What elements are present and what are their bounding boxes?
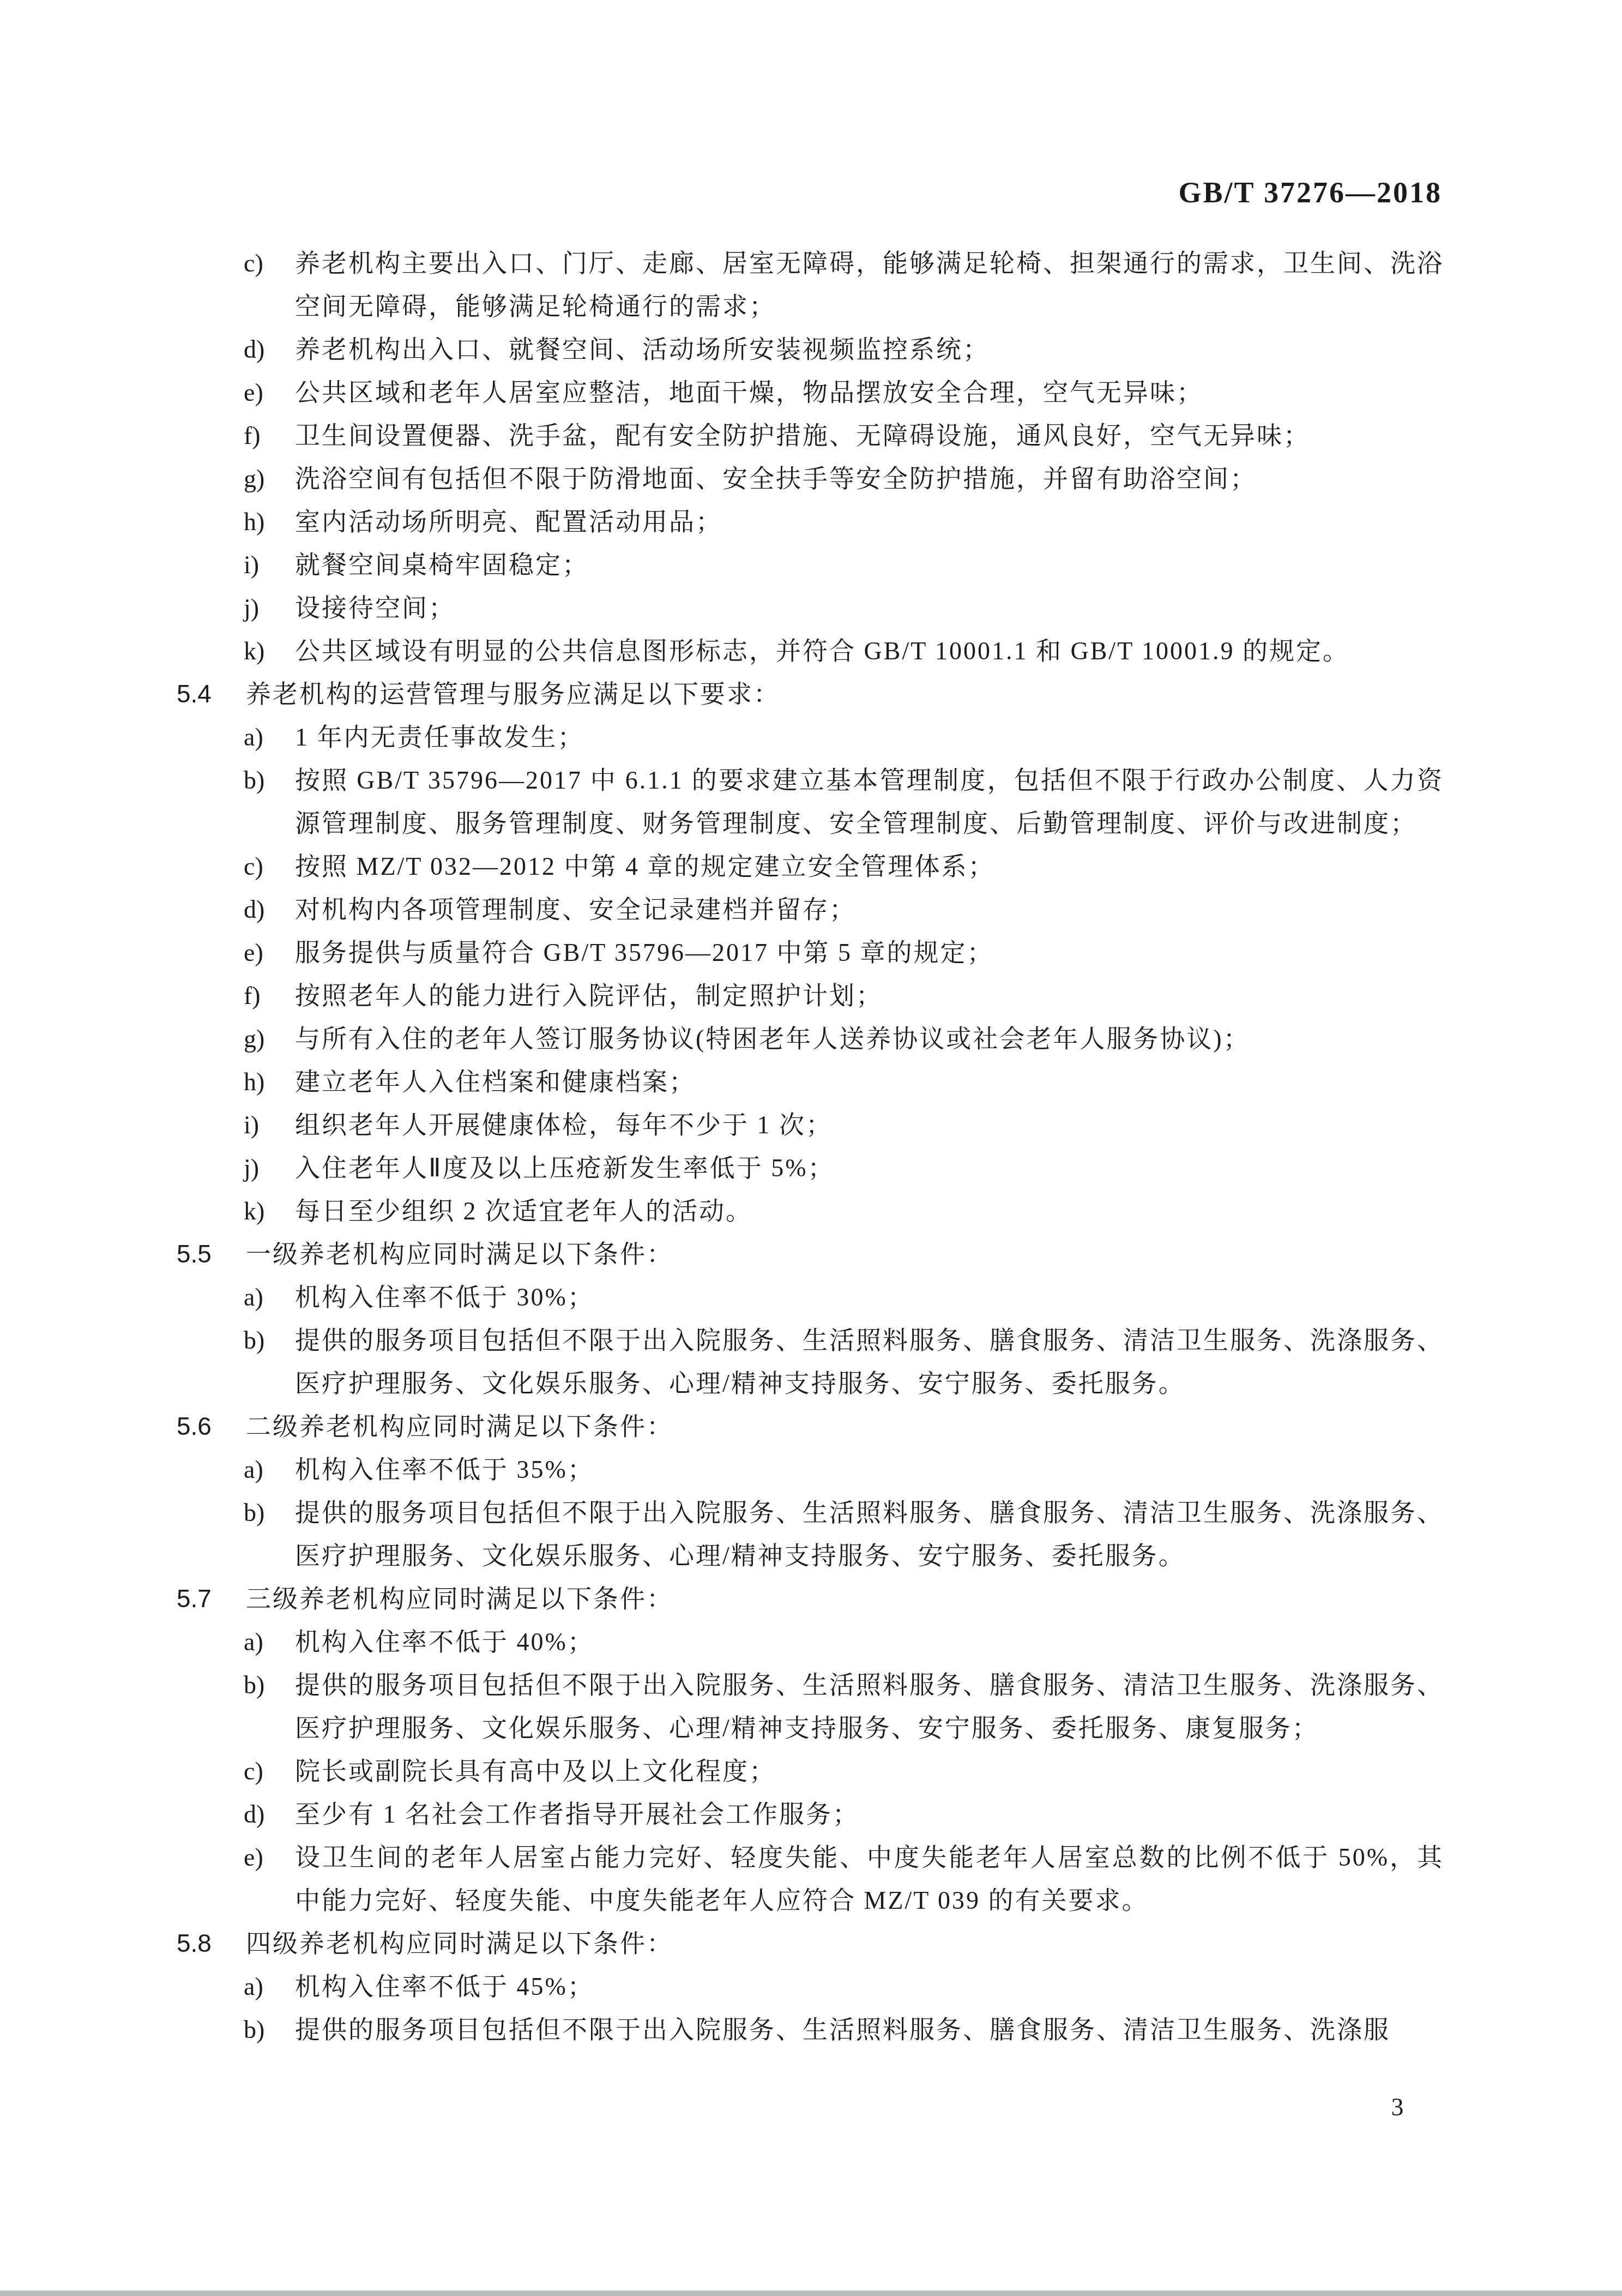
clause-marker: e) <box>244 371 263 414</box>
clause-text: 养老机构的运营管理与服务应满足以下要求： <box>246 680 780 708</box>
clause-text: 服务提供与质量符合 GB/T 35796—2017 中第 5 章的规定； <box>295 939 993 966</box>
clause-text: 机构入住率不低于 45%； <box>295 1973 594 2000</box>
clause-marker: b) <box>244 1319 264 1362</box>
clause-item: e) 设卫生间的老年人居室占能力完好、轻度失能、中度失能老年人居室总数的比例不低… <box>0 1836 1622 1922</box>
clause-marker: b) <box>244 759 264 802</box>
clause-marker: j) <box>244 586 259 629</box>
clause-marker: d) <box>244 1793 264 1836</box>
clause-item: a) 1 年内无责任事故发生； <box>0 716 1622 759</box>
clause-item: k) 公共区域设有明显的公共信息图形标志，并符合 GB/T 10001.1 和 … <box>0 629 1622 672</box>
clause-item: f) 按照老年人的能力进行入院评估，制定照护计划； <box>0 974 1622 1017</box>
clause-marker: h) <box>244 500 264 543</box>
clause-item: f) 卫生间设置便器、洗手盆，配有安全防护措施、无障碍设施，通风良好，空气无异味… <box>0 414 1622 457</box>
clause-marker: a) <box>244 1620 263 1663</box>
clause-heading: 5.7 三级养老机构应同时满足以下条件： <box>0 1577 1622 1620</box>
clause-item: h) 室内活动场所明亮、配置活动用品； <box>0 500 1622 543</box>
clause-item: h) 建立老年人入住档案和健康档案； <box>0 1060 1622 1103</box>
clause-item: a) 机构入住率不低于 30%； <box>0 1276 1622 1319</box>
clause-marker: e) <box>244 931 263 974</box>
clause-marker: g) <box>244 1017 264 1060</box>
scan-edge-artifact <box>0 2291 1622 2296</box>
clause-marker: f) <box>244 414 261 457</box>
clause-marker: 5.6 <box>177 1405 212 1448</box>
clause-text: 每日至少组织 2 次适宜老年人的活动。 <box>295 1197 752 1225</box>
clause-text: 三级养老机构应同时满足以下条件： <box>246 1584 673 1613</box>
document-body: c) 养老机构主要出入口、门厅、走廊、居室无障碍，能够满足轮椅、担架通行的需求，… <box>0 242 1622 2051</box>
clause-item: g) 与所有入住的老年人签订服务协议(特困老年人送养协议或社会老年人服务协议)； <box>0 1017 1622 1060</box>
clause-text: 建立老年人入住档案和健康档案； <box>295 1068 696 1096</box>
clause-text: 机构入住率不低于 40%； <box>295 1628 594 1656</box>
clause-text: 公共区域设有明显的公共信息图形标志，并符合 GB/T 10001.1 和 GB/… <box>295 637 1349 665</box>
clause-text: 二级养老机构应同时满足以下条件： <box>246 1412 673 1440</box>
clause-marker: d) <box>244 328 264 371</box>
clause-text: 至少有 1 名社会工作者指导开展社会工作服务； <box>295 1800 859 1828</box>
clause-marker: c) <box>244 242 263 285</box>
clause-marker: a) <box>244 716 263 759</box>
clause-text: 机构入住率不低于 30%； <box>295 1283 594 1311</box>
clause-marker: k) <box>244 629 264 672</box>
document-page: GB/T 37276—2018 c) 养老机构主要出入口、门厅、走廊、居室无障碍… <box>0 0 1622 2296</box>
clause-text: 组织老年人开展健康体检，每年不少于 1 次； <box>295 1111 833 1139</box>
clause-text: 设卫生间的老年人居室占能力完好、轻度失能、中度失能老年人居室总数的比例不低于 5… <box>295 1843 1444 1914</box>
clause-item: e) 服务提供与质量符合 GB/T 35796—2017 中第 5 章的规定； <box>0 931 1622 974</box>
clause-marker: a) <box>244 1276 263 1319</box>
clause-item: c) 院长或副院长具有高中及以上文化程度； <box>0 1750 1622 1793</box>
clause-item: a) 机构入住率不低于 40%； <box>0 1620 1622 1663</box>
clause-text: 公共区域和老年人居室应整洁，地面干燥，物品摆放安全合理，空气无异味； <box>295 378 1203 406</box>
clause-marker: 5.8 <box>177 1922 212 1965</box>
clause-item: b) 提供的服务项目包括但不限于出入院服务、生活照料服务、膳食服务、清洁卫生服务… <box>0 1491 1622 1577</box>
clause-marker: b) <box>244 2008 264 2051</box>
clause-text: 按照 GB/T 35796—2017 中 6.1.1 的要求建立基本管理制度，包… <box>295 766 1444 837</box>
clause-item: b) 提供的服务项目包括但不限于出入院服务、生活照料服务、膳食服务、清洁卫生服务… <box>0 1319 1622 1405</box>
clause-text: 院长或副院长具有高中及以上文化程度； <box>295 1757 776 1785</box>
clause-item: b) 按照 GB/T 35796—2017 中 6.1.1 的要求建立基本管理制… <box>0 759 1622 845</box>
clause-item: c) 养老机构主要出入口、门厅、走廊、居室无障碍，能够满足轮椅、担架通行的需求，… <box>0 242 1622 328</box>
clause-item: a) 机构入住率不低于 45%； <box>0 1965 1622 2008</box>
clause-item: b) 提供的服务项目包括但不限于出入院服务、生活照料服务、膳食服务、清洁卫生服务… <box>0 1663 1622 1750</box>
clause-item: j) 入住老年人Ⅱ度及以上压疮新发生率低于 5%； <box>0 1146 1622 1189</box>
clause-item: d) 养老机构出入口、就餐空间、活动场所安装视频监控系统； <box>0 328 1622 371</box>
clause-text: 1 年内无责任事故发生； <box>295 723 584 751</box>
clause-text: 提供的服务项目包括但不限于出入院服务、生活照料服务、膳食服务、清洁卫生服务、洗涤… <box>295 1326 1444 1397</box>
clause-text: 机构入住率不低于 35%； <box>295 1456 594 1483</box>
clause-item: a) 机构入住率不低于 35%； <box>0 1448 1622 1491</box>
clause-item: g) 洗浴空间有包括但不限于防滑地面、安全扶手等安全防护措施，并留有助浴空间； <box>0 457 1622 500</box>
clause-text: 对机构内各项管理制度、安全记录建档并留存； <box>295 895 856 923</box>
clause-text: 与所有入住的老年人签订服务协议(特困老年人送养协议或社会老年人服务协议)； <box>295 1025 1250 1053</box>
clause-text: 提供的服务项目包括但不限于出入院服务、生活照料服务、膳食服务、清洁卫生服务、洗涤… <box>295 1671 1444 1742</box>
clause-item: c) 按照 MZ/T 032—2012 中第 4 章的规定建立安全管理体系； <box>0 845 1622 888</box>
clause-marker: 5.4 <box>177 672 212 716</box>
clause-text: 入住老年人Ⅱ度及以上压疮新发生率低于 5%； <box>295 1154 834 1182</box>
clause-marker: h) <box>244 1060 264 1103</box>
clause-marker: b) <box>244 1491 264 1534</box>
clause-text: 提供的服务项目包括但不限于出入院服务、生活照料服务、膳食服务、清洁卫生服务、洗涤… <box>295 2016 1390 2043</box>
clause-text: 按照 MZ/T 032—2012 中第 4 章的规定建立安全管理体系； <box>295 852 995 880</box>
clause-heading: 5.5 一级养老机构应同时满足以下条件： <box>0 1233 1622 1276</box>
clause-text: 洗浴空间有包括但不限于防滑地面、安全扶手等安全防护措施，并留有助浴空间； <box>295 465 1257 492</box>
clause-marker: i) <box>244 1103 259 1146</box>
clause-text: 养老机构主要出入口、门厅、走廊、居室无障碍，能够满足轮椅、担架通行的需求，卫生间… <box>295 249 1444 320</box>
clause-text: 就餐空间桌椅牢固稳定； <box>295 551 589 579</box>
clause-item: i) 组织老年人开展健康体检，每年不少于 1 次； <box>0 1103 1622 1146</box>
clause-marker: 5.7 <box>177 1577 212 1620</box>
clause-heading: 5.8 四级养老机构应同时满足以下条件： <box>0 1922 1622 1965</box>
clause-text: 室内活动场所明亮、配置活动用品； <box>295 508 722 536</box>
clause-item: d) 对机构内各项管理制度、安全记录建档并留存； <box>0 888 1622 931</box>
clause-text: 按照老年人的能力进行入院评估，制定照护计划； <box>295 982 883 1009</box>
clause-text: 四级养老机构应同时满足以下条件： <box>246 1929 673 1957</box>
clause-item: b) 提供的服务项目包括但不限于出入院服务、生活照料服务、膳食服务、清洁卫生服务… <box>0 2008 1622 2051</box>
clause-marker: g) <box>244 457 264 500</box>
clause-item: k) 每日至少组织 2 次适宜老年人的活动。 <box>0 1189 1622 1233</box>
clause-item: e) 公共区域和老年人居室应整洁，地面干燥，物品摆放安全合理，空气无异味； <box>0 371 1622 414</box>
page-number: 3 <box>1378 2093 1416 2121</box>
clause-text: 卫生间设置便器、洗手盆，配有安全防护措施、无障碍设施，通风良好，空气无异味； <box>295 422 1310 449</box>
clause-marker: c) <box>244 1750 263 1793</box>
clause-marker: a) <box>244 1448 263 1491</box>
clause-marker: c) <box>244 845 263 888</box>
clause-marker: f) <box>244 974 261 1017</box>
clause-item: i) 就餐空间桌椅牢固稳定； <box>0 543 1622 586</box>
clause-heading: 5.6 二级养老机构应同时满足以下条件： <box>0 1405 1622 1448</box>
clause-marker: j) <box>244 1146 259 1189</box>
clause-marker: d) <box>244 888 264 931</box>
standard-number-header: GB/T 37276—2018 <box>0 176 1442 209</box>
clause-text: 一级养老机构应同时满足以下条件： <box>246 1240 673 1268</box>
clause-text: 养老机构出入口、就餐空间、活动场所安装视频监控系统； <box>295 335 990 363</box>
clause-marker: 5.5 <box>177 1233 212 1276</box>
clause-item: d) 至少有 1 名社会工作者指导开展社会工作服务； <box>0 1793 1622 1836</box>
clause-text: 设接待空间； <box>295 594 455 622</box>
clause-marker: k) <box>244 1189 264 1233</box>
clause-marker: a) <box>244 1965 263 2008</box>
clause-marker: b) <box>244 1663 264 1706</box>
clause-text: 提供的服务项目包括但不限于出入院服务、生活照料服务、膳食服务、清洁卫生服务、洗涤… <box>295 1499 1444 1570</box>
clause-marker: e) <box>244 1836 263 1879</box>
clause-heading: 5.4 养老机构的运营管理与服务应满足以下要求： <box>0 672 1622 716</box>
clause-item: j) 设接待空间； <box>0 586 1622 629</box>
clause-marker: i) <box>244 543 259 586</box>
